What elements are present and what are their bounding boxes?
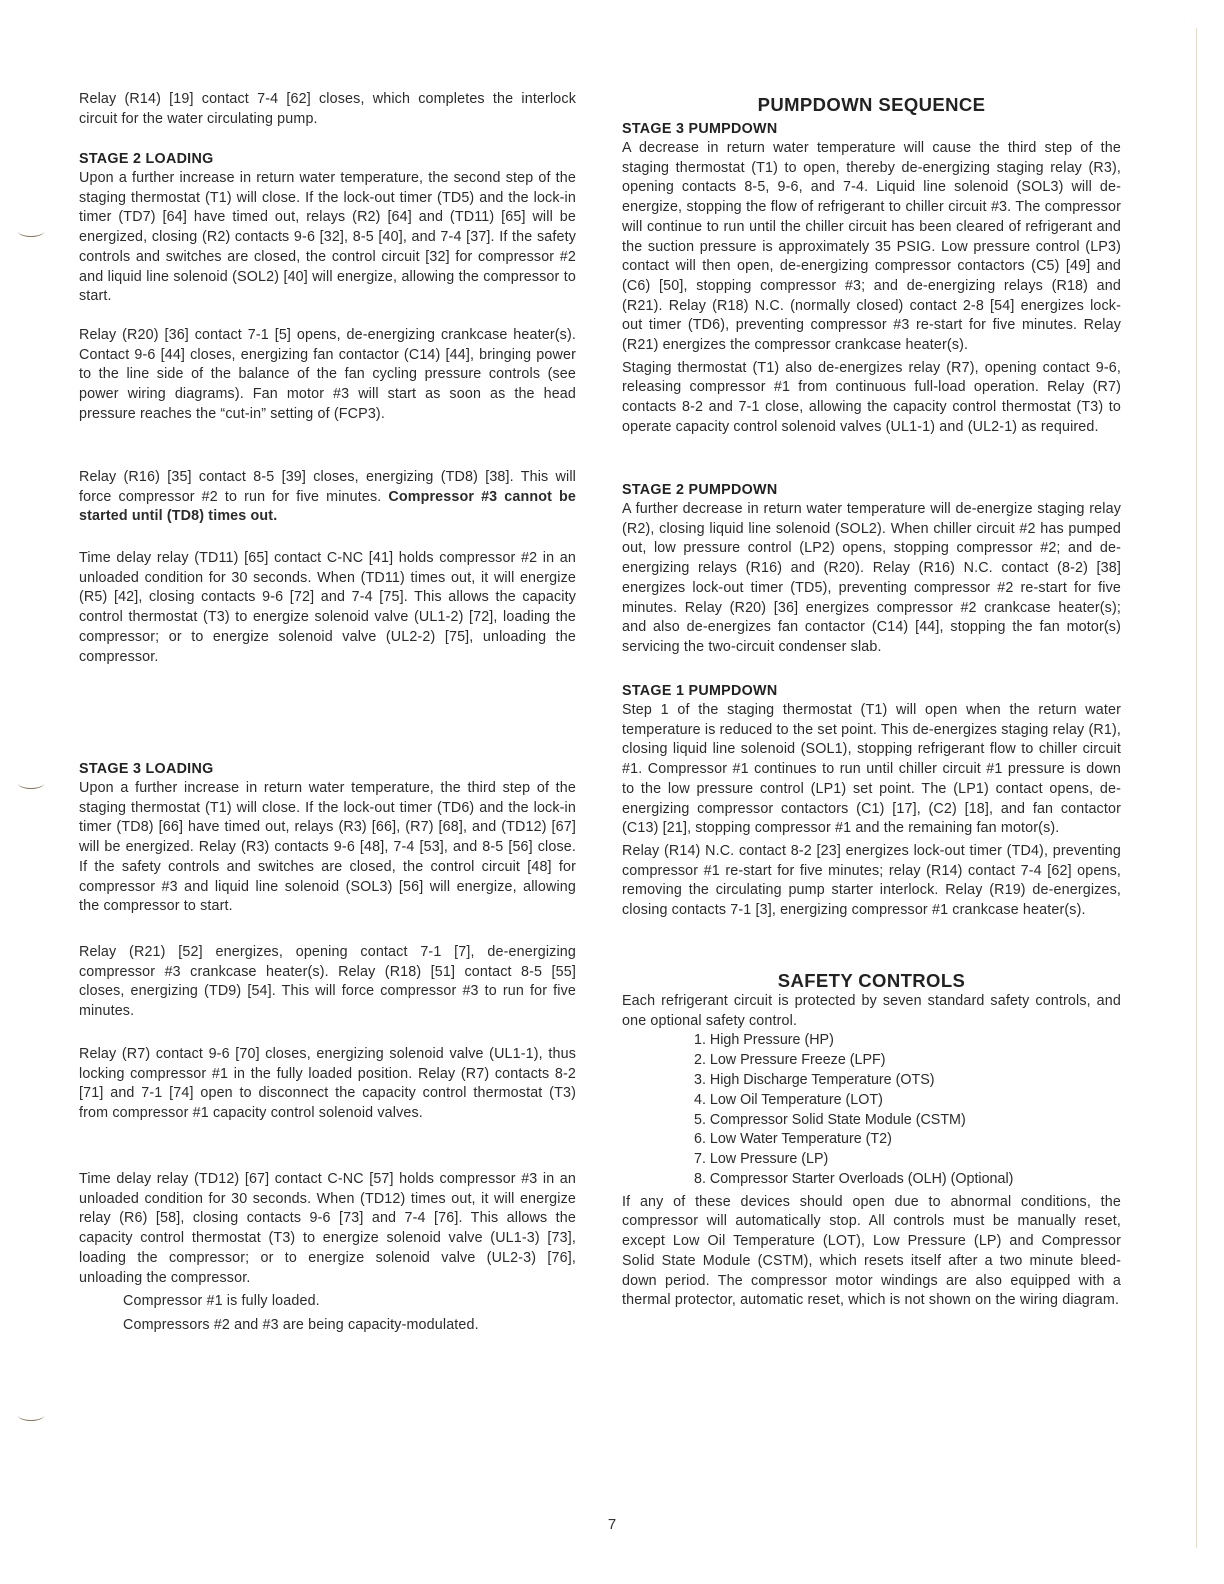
safety-item: 5. Compressor Solid State Module (CSTM) (694, 1111, 1121, 1131)
stage3-loading-heading: STAGE 3 LOADING (79, 760, 576, 779)
binder-hole-mark (18, 226, 44, 237)
safety-item: 8. Compressor Starter Overloads (OLH) (O… (694, 1170, 1121, 1190)
stage3-loading-section: STAGE 3 LOADING Upon a further increase … (79, 760, 576, 917)
stage2-pumpdown-heading: STAGE 2 PUMPDOWN (622, 481, 1121, 500)
stage2-loading-p1: Upon a further increase in return water … (79, 169, 576, 307)
safety-item: 4. Low Oil Temperature (LOT) (694, 1091, 1121, 1111)
stage3-pumpdown-p2: Staging thermostat (T1) also de-energize… (622, 359, 1121, 438)
stage2-loading-p3: Relay (R16) [35] contact 8-5 [39] closes… (79, 468, 576, 527)
stage1-pumpdown-p2: Relay (R14) N.C. contact 8-2 [23] energi… (622, 842, 1121, 921)
stage3-pumpdown-section: STAGE 3 PUMPDOWN A decrease in return wa… (622, 120, 1121, 438)
safety-controls-title: SAFETY CONTROLS (622, 970, 1121, 992)
stage1-pumpdown-section: STAGE 1 PUMPDOWN Step 1 of the staging t… (622, 682, 1121, 921)
stage3-loading-p1: Upon a further increase in return water … (79, 779, 576, 917)
note-compressor1: Compressor #1 is fully loaded. (79, 1292, 576, 1312)
page-edge-line (1196, 28, 1197, 1548)
pumpdown-sequence-title: PUMPDOWN SEQUENCE (622, 94, 1121, 116)
stage2-loading-p4: Time delay relay (TD11) [65] contact C-N… (79, 549, 576, 667)
safety-item: 3. High Discharge Temperature (OTS) (694, 1071, 1121, 1091)
stage2-loading-section: STAGE 2 LOADING Upon a further increase … (79, 150, 576, 307)
safety-outro: If any of these devices should open due … (622, 1193, 1121, 1311)
safety-item: 2. Low Pressure Freeze (LPF) (694, 1051, 1121, 1071)
stage3-loading-p2: Relay (R21) [52] energizes, opening cont… (79, 943, 576, 1022)
stage2-loading-p2: Relay (R20) [36] contact 7-1 [5] opens, … (79, 326, 576, 425)
stage3-pumpdown-heading: STAGE 3 PUMPDOWN (622, 120, 1121, 139)
stage3-loading-p4: Time delay relay (TD12) [67] contact C-N… (79, 1170, 576, 1288)
note-compressors2-3: Compressors #2 and #3 are being capacity… (79, 1316, 576, 1336)
stage2-pumpdown-p1: A further decrease in return water tempe… (622, 500, 1121, 658)
page-number: 7 (0, 1516, 1224, 1533)
stage3-loading-p3: Relay (R7) contact 9-6 [70] closes, ener… (79, 1045, 576, 1124)
stage1-pumpdown-p1: Step 1 of the staging thermostat (T1) wi… (622, 701, 1121, 839)
stage2-pumpdown-section: STAGE 2 PUMPDOWN A further decrease in r… (622, 481, 1121, 658)
binder-hole-mark (18, 778, 44, 789)
safety-item: 7. Low Pressure (LP) (694, 1150, 1121, 1170)
safety-intro: Each refrigerant circuit is protected by… (622, 992, 1121, 1031)
safety-item: 6. Low Water Temperature (T2) (694, 1130, 1121, 1150)
safety-controls-list: 1. High Pressure (HP) 2. Low Pressure Fr… (622, 1031, 1121, 1189)
intro-paragraph: Relay (R14) [19] contact 7-4 [62] closes… (79, 90, 576, 129)
stage1-pumpdown-heading: STAGE 1 PUMPDOWN (622, 682, 1121, 701)
stage2-loading-heading: STAGE 2 LOADING (79, 150, 576, 169)
stage3-pumpdown-p1: A decrease in return water temperature w… (622, 139, 1121, 356)
safety-controls-section: SAFETY CONTROLS Each refrigerant circuit… (622, 970, 1121, 1311)
safety-item: 1. High Pressure (HP) (694, 1031, 1121, 1051)
binder-hole-mark (18, 1410, 44, 1421)
